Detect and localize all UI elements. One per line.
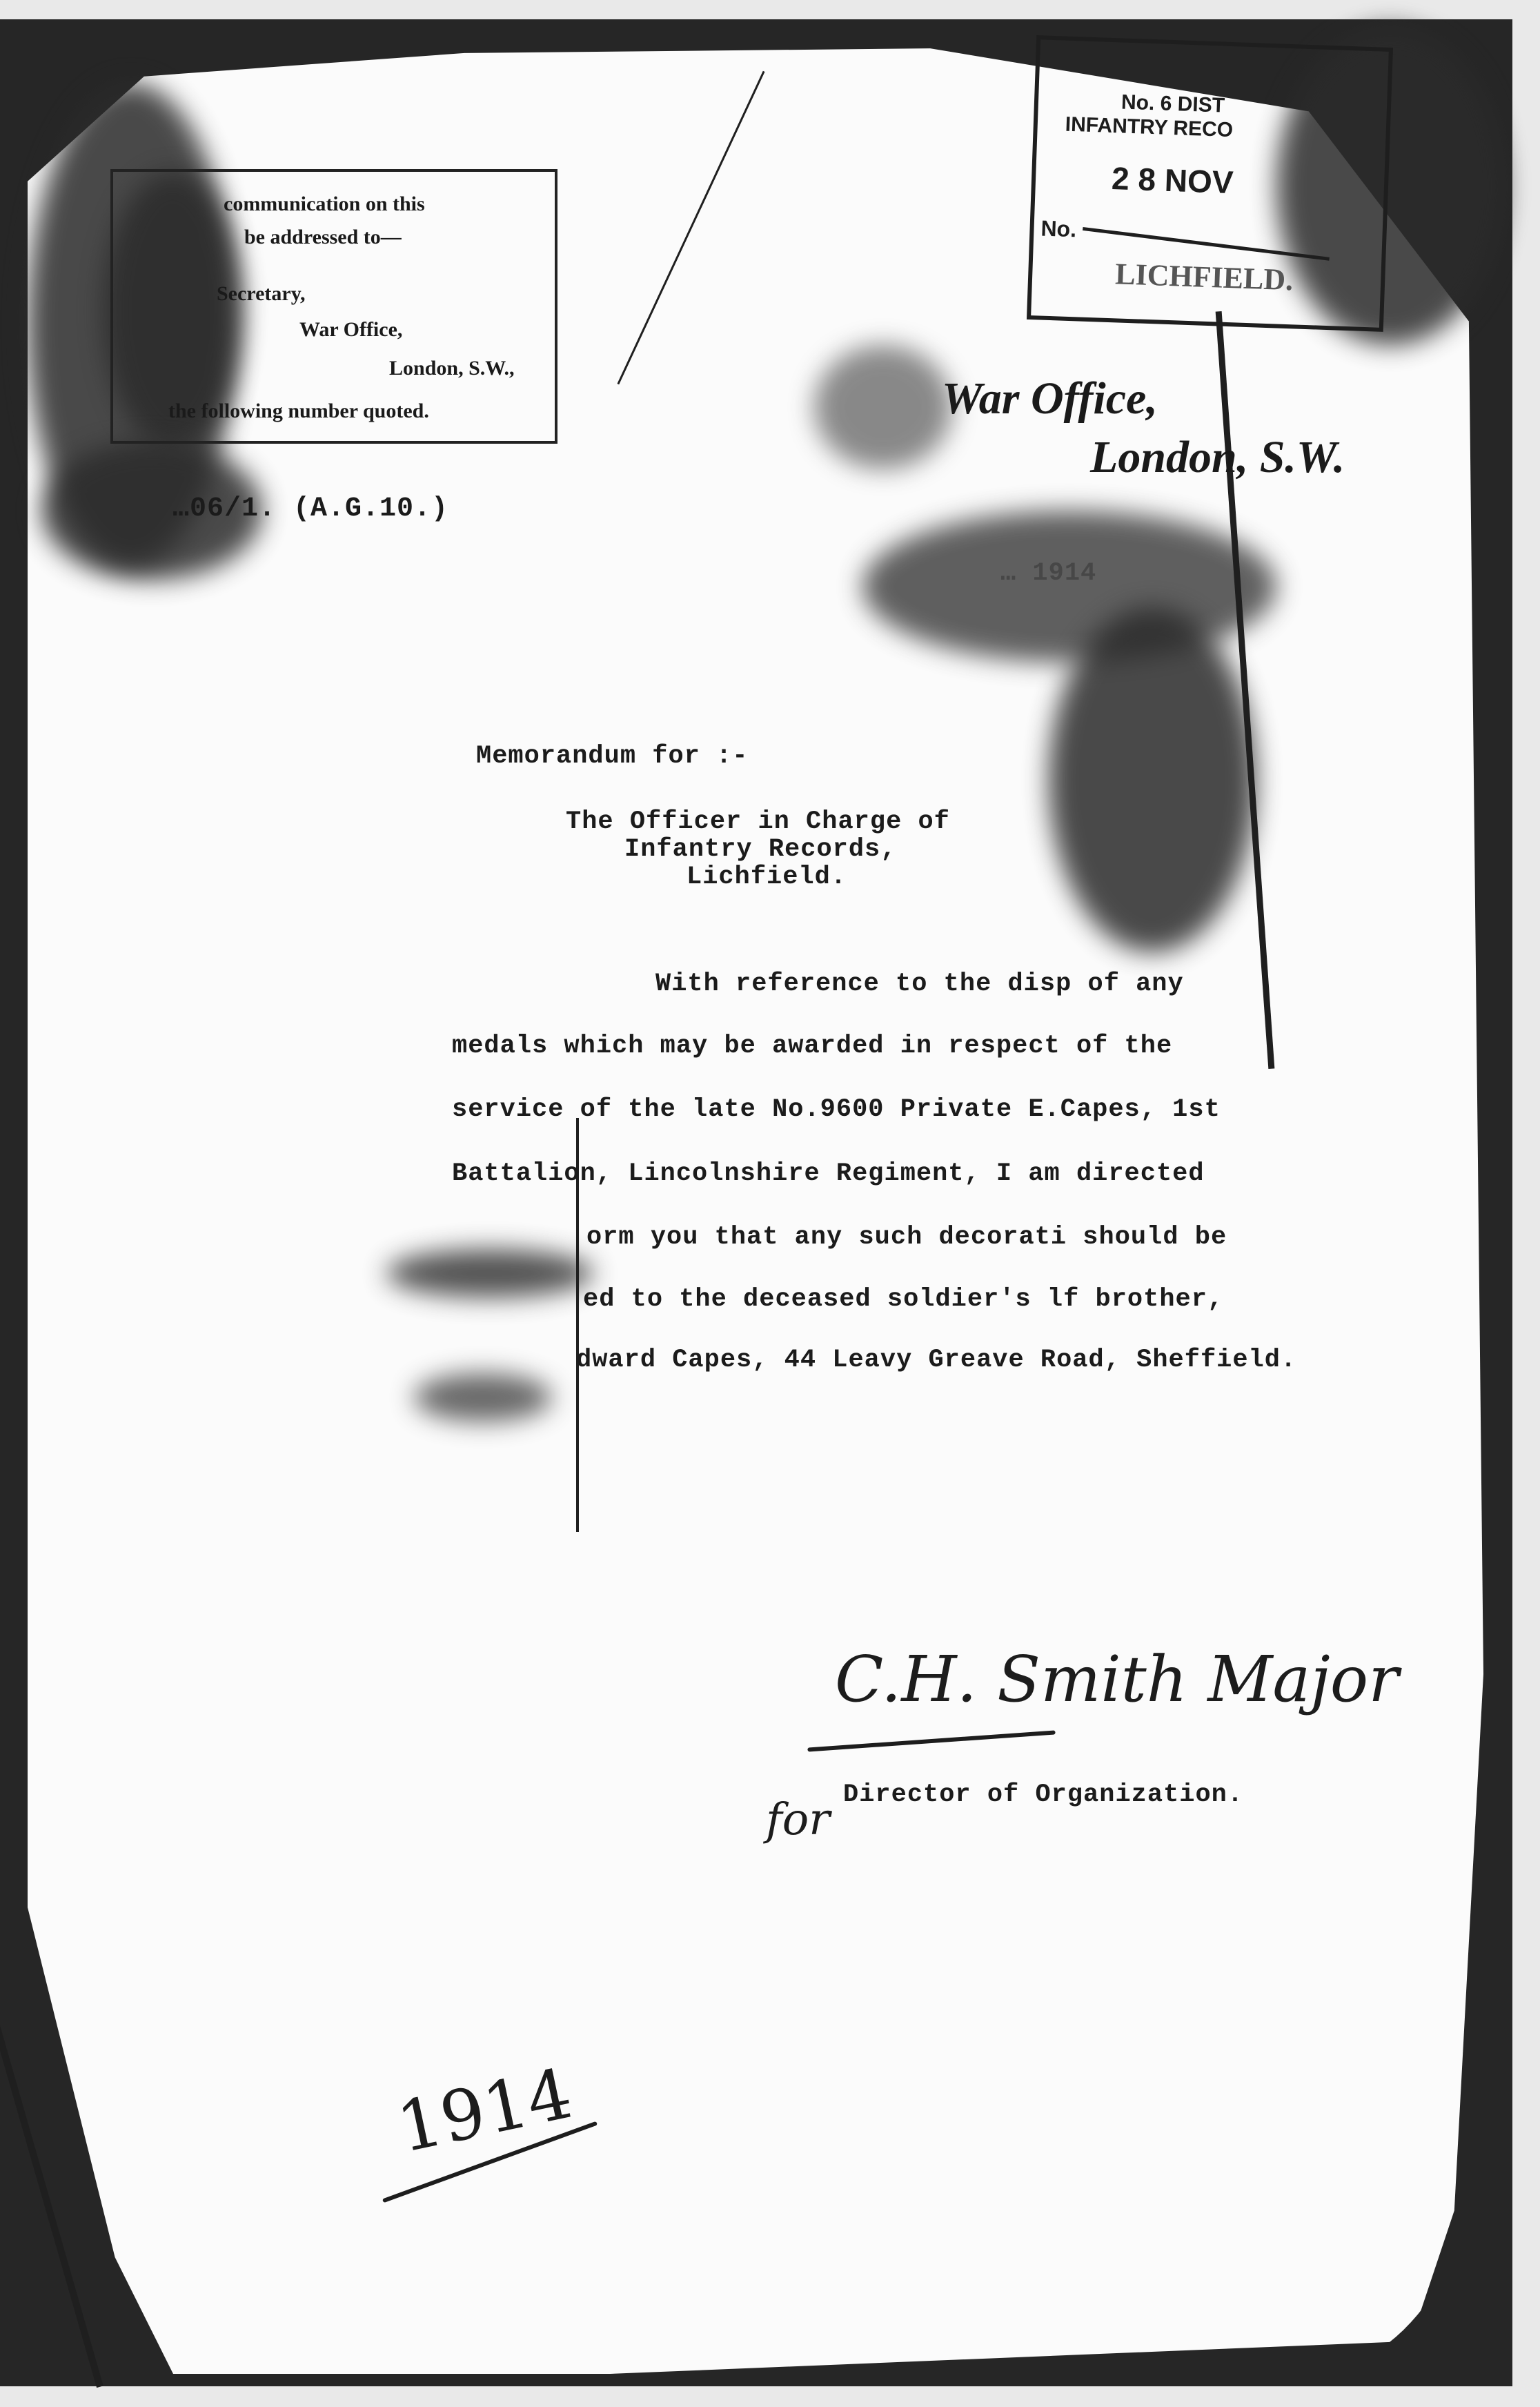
signatory-title: Director of Organization. — [843, 1780, 1243, 1809]
stamp-number-label: No. — [1040, 216, 1077, 243]
stain-tear-2 — [414, 1373, 552, 1422]
body-line-4: Battalion, Lincolnshire Regiment, I am d… — [452, 1159, 1205, 1188]
stain-right-mid — [1049, 607, 1256, 952]
stain-tear — [386, 1249, 593, 1297]
body-line-6: ed to the deceased soldier's lf brother, — [583, 1285, 1223, 1314]
stamp-date: 2 8 NOV — [1111, 159, 1234, 201]
memo-heading: Memorandum for :- — [476, 742, 748, 771]
date-line: … 1914 — [1000, 559, 1096, 588]
stain-center — [814, 345, 952, 469]
reference-number: …06/1. (A.G.10.) — [172, 493, 448, 524]
sender-line-1: War Office, — [942, 373, 1158, 425]
body-line-3: service of the late No.9600 Private E.Ca… — [452, 1095, 1221, 1124]
letterhead-instruction-box: communication on this be addressed to— S… — [110, 169, 557, 444]
body-line-7: dward Capes, 44 Leavy Greave Road, Sheff… — [576, 1346, 1296, 1375]
addressee-line-1: The Officer in Charge of — [566, 807, 950, 836]
stamp-number-line — [1083, 227, 1330, 261]
received-date-stamp: No. 6 DIST INFANTRY RECO 2 8 NOV No. LIC… — [1027, 35, 1393, 332]
signature-for: for — [766, 1794, 830, 1845]
letterhead-line-6: the following number quoted. — [168, 400, 429, 423]
sender-line-2: London, S.W. — [1090, 431, 1345, 484]
letterhead-line-1: communication on this — [224, 193, 425, 216]
stamp-place: LICHFIELD. — [1114, 256, 1294, 297]
body-line-1: With reference to the disp of any — [655, 970, 1184, 999]
letterhead-line-5: London, S.W., — [389, 357, 515, 380]
letterhead-line-3: Secretary, — [217, 282, 306, 306]
addressee-line-3: Lichfield. — [687, 863, 847, 892]
stamp-unit: INFANTRY RECO — [1065, 113, 1233, 142]
signature: C.H. Smith Major — [835, 1642, 1399, 1716]
addressee-line-2: Infantry Records, — [624, 835, 896, 864]
letterhead-line-2: be addressed to— — [244, 226, 402, 249]
stamp-district: No. 6 DIST — [1121, 90, 1225, 117]
letterhead-line-4: War Office, — [299, 318, 402, 342]
body-line-5: orm you that any such decorati should be — [586, 1223, 1227, 1252]
body-line-2: medals which may be awarded in respect o… — [452, 1032, 1172, 1061]
